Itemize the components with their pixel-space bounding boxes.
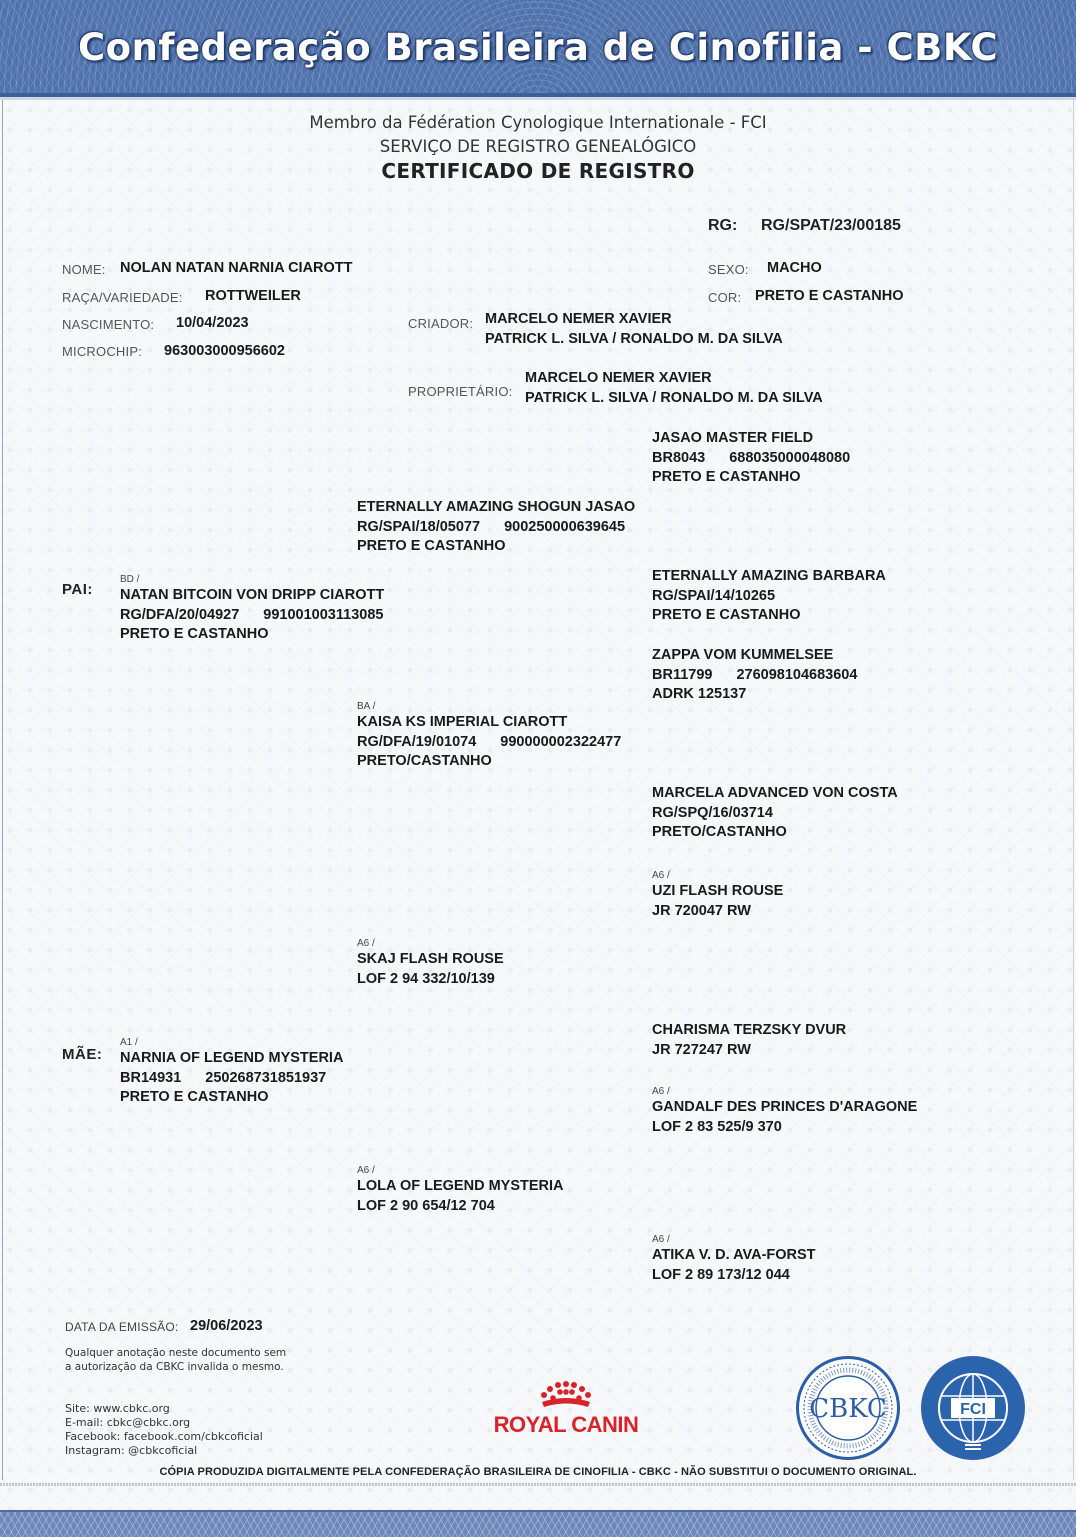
sire-name: NATAN BITCOIN VON DRIPP CIAROTT — [120, 586, 384, 606]
royal-canin-logo: ROYAL CANIN — [486, 1378, 646, 1440]
breeder-line-2: PATRICK L. SILVA / RONALDO M. DA SILVA — [485, 331, 783, 347]
dog-breed: ROTTWEILER — [205, 288, 301, 304]
service-line: SERVIÇO DE REGISTRO GENEALÓGICO — [0, 137, 1076, 156]
ggp-ssd-color: PRETO E CASTANHO — [652, 606, 886, 626]
sire-entry: BD / NATAN BITCOIN VON DRIPP CIAROTT RG/… — [120, 573, 384, 645]
paternal-granddam-color: PRETO/CASTANHO — [357, 752, 621, 772]
ggp-dss-entry: A6 / UZI FLASH ROUSE JR 720047 RW — [652, 869, 783, 921]
color-label: COR: — [708, 290, 741, 305]
organization-title: Confederação Brasileira de Cinofilia - C… — [0, 26, 1076, 69]
sire-color: PRETO E CASTANHO — [120, 625, 384, 645]
ggp-sds-entry: ZAPPA VOM KUMMELSEE BR117992760981046836… — [652, 646, 857, 705]
ggp-dsd-entry: CHARISMA TERZSKY DVUR JR 727247 RW — [652, 1021, 846, 1060]
digital-copy-notice: CÓPIA PRODUZIDA DIGITALMENTE PELA CONFED… — [0, 1466, 1076, 1478]
ggp-ddd-code: A6 / — [652, 1233, 816, 1246]
svg-text:CBKC: CBKC — [809, 1394, 887, 1424]
birth-date: 10/04/2023 — [176, 315, 249, 331]
ggp-dds-registration: LOF 2 83 525/9 370 — [652, 1118, 917, 1138]
microprint-line — [0, 1483, 1076, 1486]
fci-seal: FCI — [921, 1356, 1025, 1460]
ggp-sss-registration: BR8043688035000048080 — [652, 449, 850, 469]
ggp-sds-registration: BR11799276098104683604 — [652, 666, 857, 686]
contact-instagram[interactable]: Instagram: @cbkcoficial — [65, 1444, 263, 1458]
ggp-sdd-registration: RG/SPQ/16/03714 — [652, 804, 898, 824]
sex-label: SEXO: — [708, 262, 749, 277]
ggp-sds-extra: ADRK 125137 — [652, 685, 857, 705]
microchip-label: MICROCHIP: — [62, 344, 142, 359]
left-border — [2, 100, 3, 1480]
ggp-sdd-color: PRETO/CASTANHO — [652, 823, 898, 843]
document-title: CERTIFICADO DE REGISTRO — [0, 159, 1076, 183]
rg-label: RG: — [708, 217, 737, 235]
dog-color: PRETO E CASTANHO — [755, 288, 904, 304]
dog-sex: MACHO — [767, 260, 822, 276]
fci-member-line: Membro da Fédération Cynologique Interna… — [0, 113, 1076, 132]
owner-label: PROPRIETÁRIO: — [408, 384, 512, 399]
owner-line-2: PATRICK L. SILVA / RONALDO M. DA SILVA — [525, 390, 823, 406]
maternal-granddam-registration: LOF 2 90 654/12 704 — [357, 1197, 564, 1217]
paternal-granddam-registration: RG/DFA/19/01074990000002322477 — [357, 733, 621, 753]
paternal-grandsire-entry: ETERNALLY AMAZING SHOGUN JASAO RG/SPAI/1… — [357, 498, 635, 557]
dam-registration: BR14931250268731851937 — [120, 1069, 343, 1089]
ggp-sss-name: JASAO MASTER FIELD — [652, 429, 850, 449]
dam-entry: A1 / NARNIA OF LEGEND MYSTERIA BR1493125… — [120, 1036, 343, 1108]
cbkc-seal: CBKC — [796, 1356, 900, 1460]
contact-info: Site: www.cbkc.org E-mail: cbkc@cbkc.org… — [65, 1402, 263, 1458]
birth-label: NASCIMENTO: — [62, 317, 154, 332]
maternal-granddam-code: A6 / — [357, 1164, 564, 1177]
dam-name: NARNIA OF LEGEND MYSTERIA — [120, 1049, 343, 1069]
sire-code: BD / — [120, 573, 384, 586]
paternal-granddam-code: BA / — [357, 700, 621, 713]
name-label: NOME: — [62, 262, 106, 277]
breeder-label: CRIADOR: — [408, 316, 473, 331]
issue-date-label: DATA DA EMISSÃO: — [65, 1320, 178, 1334]
ggp-sds-name: ZAPPA VOM KUMMELSEE — [652, 646, 857, 666]
ggp-sdd-entry: MARCELA ADVANCED VON COSTA RG/SPQ/16/037… — [652, 784, 898, 843]
ggp-dsd-registration: JR 727247 RW — [652, 1041, 846, 1061]
ggp-dsd-name: CHARISMA TERZSKY DVUR — [652, 1021, 846, 1041]
ggp-sdd-name: MARCELA ADVANCED VON COSTA — [652, 784, 898, 804]
footer-banner — [0, 1510, 1076, 1537]
rg-value: RG/SPAT/23/00185 — [761, 217, 901, 235]
ggp-dds-name: GANDALF DES PRINCES D'ARAGONE — [652, 1098, 917, 1118]
notice-text: Qualquer anotação neste documento sem a … — [65, 1346, 286, 1374]
issue-date: 29/06/2023 — [190, 1318, 263, 1334]
sire-label: PAI: — [62, 581, 93, 598]
paternal-grandsire-color: PRETO E CASTANHO — [357, 537, 635, 557]
ggp-sss-color: PRETO E CASTANHO — [652, 468, 850, 488]
ggp-sss-entry: JASAO MASTER FIELD BR8043688035000048080… — [652, 429, 850, 488]
paternal-grandsire-registration: RG/SPAI/18/05077900250000639645 — [357, 518, 635, 538]
maternal-granddam-name: LOLA OF LEGEND MYSTERIA — [357, 1177, 564, 1197]
dam-label: MÃE: — [62, 1046, 102, 1063]
header-banner: Confederação Brasileira de Cinofilia - C… — [0, 0, 1076, 100]
ggp-dds-code: A6 / — [652, 1085, 917, 1098]
paternal-granddam-entry: BA / KAISA KS IMPERIAL CIAROTT RG/DFA/19… — [357, 700, 621, 772]
svg-text:FCI: FCI — [960, 1401, 986, 1418]
ggp-ssd-entry: ETERNALLY AMAZING BARBARA RG/SPAI/14/102… — [652, 567, 886, 626]
cbkc-seal-icon: CBKC — [799, 1359, 897, 1457]
ggp-ddd-name: ATIKA V. D. AVA-FORST — [652, 1246, 816, 1266]
contact-facebook[interactable]: Facebook: facebook.com/cbkcoficial — [65, 1430, 263, 1444]
fci-globe-icon: FCI — [921, 1356, 1025, 1460]
paternal-granddam-name: KAISA KS IMPERIAL CIAROTT — [357, 713, 621, 733]
breed-label: RAÇA/VARIEDADE: — [62, 290, 183, 305]
microchip-number: 963003000956602 — [164, 343, 285, 359]
owner-line-1: MARCELO NEMER XAVIER — [525, 370, 712, 386]
ggp-dss-name: UZI FLASH ROUSE — [652, 882, 783, 902]
royal-canin-wordmark: ROYAL CANIN — [486, 1412, 646, 1438]
maternal-grandsire-name: SKAJ FLASH ROUSE — [357, 950, 504, 970]
ggp-ssd-name: ETERNALLY AMAZING BARBARA — [652, 567, 886, 587]
breeder-line-1: MARCELO NEMER XAVIER — [485, 311, 672, 327]
right-border — [1073, 100, 1074, 1480]
ggp-dss-code: A6 / — [652, 869, 783, 882]
ggp-ssd-registration: RG/SPAI/14/10265 — [652, 587, 886, 607]
maternal-granddam-entry: A6 / LOLA OF LEGEND MYSTERIA LOF 2 90 65… — [357, 1164, 564, 1216]
dam-code: A1 / — [120, 1036, 343, 1049]
sire-registration: RG/DFA/20/04927991001003113085 — [120, 606, 384, 626]
ggp-ddd-registration: LOF 2 89 173/12 044 — [652, 1266, 816, 1286]
crown-icon — [486, 1378, 646, 1414]
ggp-dds-entry: A6 / GANDALF DES PRINCES D'ARAGONE LOF 2… — [652, 1085, 917, 1137]
ggp-ddd-entry: A6 / ATIKA V. D. AVA-FORST LOF 2 89 173/… — [652, 1233, 816, 1285]
maternal-grandsire-code: A6 / — [357, 937, 504, 950]
ggp-dss-registration: JR 720047 RW — [652, 902, 783, 922]
contact-site[interactable]: Site: www.cbkc.org — [65, 1402, 263, 1416]
contact-email[interactable]: E-mail: cbkc@cbkc.org — [65, 1416, 263, 1430]
dam-color: PRETO E CASTANHO — [120, 1088, 343, 1108]
maternal-grandsire-entry: A6 / SKAJ FLASH ROUSE LOF 2 94 332/10/13… — [357, 937, 504, 989]
paternal-grandsire-name: ETERNALLY AMAZING SHOGUN JASAO — [357, 498, 635, 518]
dog-name: NOLAN NATAN NARNIA CIAROTT — [120, 260, 353, 276]
maternal-grandsire-registration: LOF 2 94 332/10/139 — [357, 970, 504, 990]
